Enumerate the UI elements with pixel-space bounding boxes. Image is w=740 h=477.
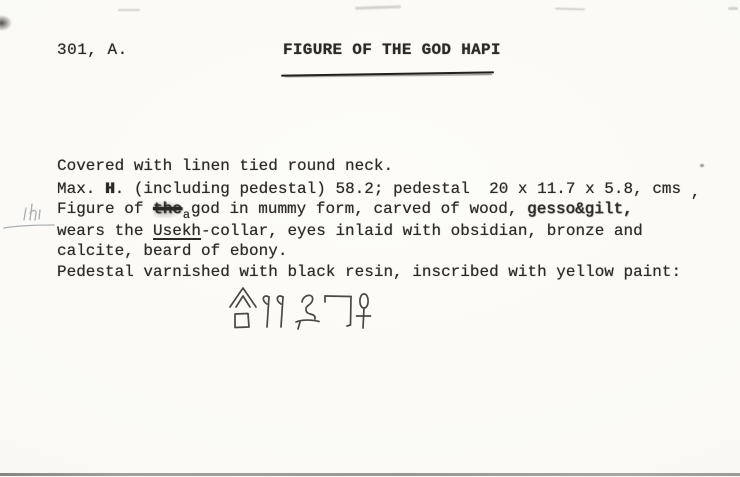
photo-edge-mark [728,7,738,10]
margin-pencil-note [2,198,64,234]
line-pedestal: Pedestal varnished with black resin, ins… [57,262,732,283]
photo-edge-mark [555,8,585,11]
sign-reed-leaf-2 [277,296,283,327]
line-dimensions: Max. H. (including pedestal) 58.2; pedes… [57,179,732,200]
inserted-letter: a [183,208,190,222]
photo-edge-mark [355,5,401,9]
photo-edge-mark [118,9,140,11]
hieroglyph-inscription [226,281,376,333]
sign-loop-with-cross [357,294,371,328]
catalog-number: 301, A. [57,41,128,59]
sign-curled-on-bowl [296,295,319,329]
sign-reed-leaf [263,296,269,327]
struck-word: the [153,200,182,218]
page-title: FIGURE OF THE GOD HAPI [283,41,501,59]
overtyped-letter: H [105,180,115,198]
photo-speck [700,164,704,167]
line-calcite: calcite, beard of ebony. [57,241,732,262]
blotted-word: gesso&gilt, [527,200,633,218]
sign-shrine-roof-over-square [230,288,256,328]
sign-angle-bracket [325,296,351,326]
underlined-word: Usekh [153,222,201,240]
photo-smudge-top-left [0,15,12,31]
card-bottom-edge [0,473,740,476]
catalogue-card: 301, A. FIGURE OF THE GOD HAPI Covered w… [0,0,740,477]
title-underline [281,69,494,78]
card-body: Covered with linen tied round neck. Max.… [57,156,732,282]
line-collar: wears the Usekh-collar, eyes inlaid with… [57,221,732,242]
line-figure: Figure of theagod in mummy form, carved … [57,199,732,221]
line-covered: Covered with linen tied round neck. [57,156,732,177]
